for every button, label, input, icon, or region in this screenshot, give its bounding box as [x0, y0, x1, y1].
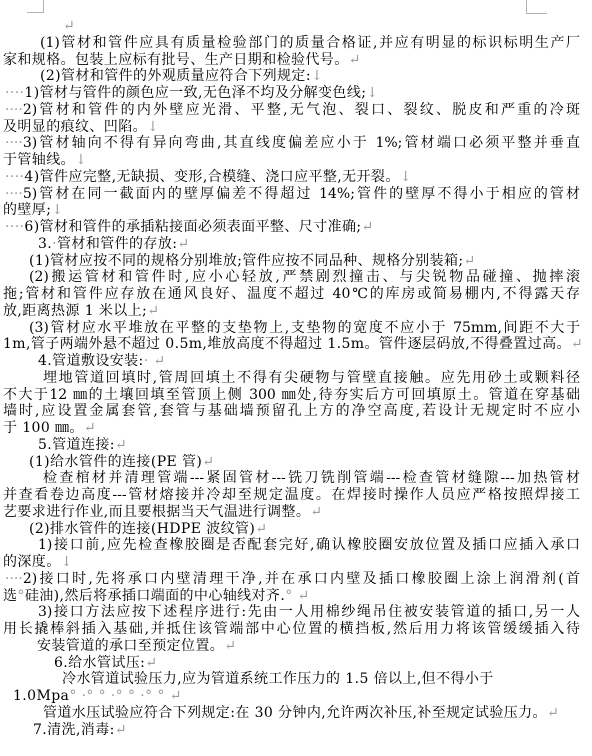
- text-run: 拖;管材和管件应存放在通风良好、温度不超过 40℃的库房或简易棚内,不得露天存: [3, 286, 580, 302]
- text-line[interactable]: ····2)接口时,先将承口内壁清理干净,并在承口内壁及插口橡胶圈上涂上润滑剂(…: [3, 571, 580, 588]
- text-line[interactable]: 5.管道连接:↵: [3, 437, 580, 454]
- text-line[interactable]: 3.·管材和管件的存放:↵: [3, 236, 580, 253]
- text-run: (2)排水管件的连接(HDPE 波纹管): [29, 521, 255, 537]
- text-line[interactable]: 拖;管材和管件应存放在通风良好、温度不超过 40℃的库房或简易棚内,不得露天存: [3, 286, 580, 303]
- text-run: 冷水管道试验压力,应为管道系统工作压力的 1.5 倍以上,但不得小于: [62, 671, 494, 687]
- text-line[interactable]: 1)接口前,应先检查橡胶圈是否配套完好,确认橡胶圈安放位置及插口应插入承口: [3, 537, 580, 554]
- text-run: 埋地管道回填时,管周回填土不得有尖硬物与管壁直接触。应先用砂土或颗料径: [43, 370, 580, 386]
- text-run: 3)接口方法应按下述程序进行:先由一人用棉纱绳吊住被安装管道的插口,另一人: [38, 604, 580, 620]
- formatting-mark: ↓: [311, 68, 323, 84]
- text-run: 艺要求进行作业,而且要根据当天气温进行调整。: [3, 504, 310, 520]
- text-line[interactable]: 不大于12 ㎜的土壤回填至管顶上侧 300 ㎜处,待夯实后方可回填原土。管道在穿…: [3, 387, 580, 404]
- formatting-mark: ↓: [61, 554, 73, 570]
- formatting-mark: ↵: [362, 219, 374, 235]
- formatting-mark: ····: [5, 85, 24, 101]
- formatting-mark: ↵: [202, 454, 214, 470]
- text-line[interactable]: 的壁厚;↓: [3, 202, 580, 219]
- formatting-mark: ↓: [51, 202, 63, 218]
- formatting-mark: ↓: [366, 85, 378, 101]
- text-line[interactable]: 1m,管子两端外悬不超过 0.5m,堆放高度不得超过 1.5m。管件逐层码放,不…: [3, 336, 580, 353]
- text-line[interactable]: 及明显的痕纹、凹陷。↓: [3, 119, 580, 136]
- formatting-mark: ↵: [224, 638, 236, 654]
- text-run: 管道水压试验应符合下列规定:在 30 分钟内,允许两次补压,补至规定试验压力。: [43, 705, 547, 721]
- formatting-mark: ↵: [177, 236, 189, 252]
- text-run: 3)管材轴向不得有异向弯曲,其直线度偏差应小于 1%;管材端口必须平整并垂直: [23, 135, 580, 151]
- formatting-mark: ↵: [84, 420, 96, 436]
- formatting-mark: ↵: [547, 705, 559, 721]
- text-line[interactable]: 安装管道的承口至预定位置。↵: [3, 638, 580, 655]
- formatting-mark: ↵: [571, 336, 583, 352]
- document-body[interactable]: ↵(1)管材和管件应具有质量检验部门的质量合格证,并应有明显的标识标明生产厂家和…: [0, 0, 592, 738]
- text-run: 7.清洗,消毒:: [33, 722, 115, 738]
- formatting-mark: ° ↵: [285, 588, 309, 604]
- formatting-mark: ····: [5, 169, 24, 185]
- text-line[interactable]: ····1)管材与管件的颜色应一致,无色泽不均及分解变色线;↓: [3, 85, 580, 102]
- text-line[interactable]: 4.管道敷设安装:· ↵: [3, 353, 580, 370]
- text-run: 1m,管子两端外悬不超过 0.5m,堆放高度不得超过 1.5m。管件逐层码放,不…: [3, 336, 571, 352]
- text-run: 1.0Mpa: [13, 688, 69, 704]
- text-run: 5)管材在同一截面内的壁厚偏差不得超过 14%;管件的壁厚不得小于相应的管材: [23, 186, 580, 202]
- text-run: 2)接口时,先将承口内壁清理干净,并在承口内壁及插口橡胶圈上涂上润滑剂(首: [23, 571, 580, 587]
- text-run: 并查看卷边高度---管材熔接并冷却至规定温度。在焊接时操作人员应严格按照焊接工: [3, 487, 580, 503]
- text-run: (2)管材和管件的外观质量应符合下列规定:: [40, 68, 311, 84]
- text-line[interactable]: ↵: [3, 18, 580, 35]
- text-line[interactable]: 选°硅油),然后将承插口端面的中心轴线对齐.° ↵: [3, 588, 580, 605]
- text-run: 1)管材与管件的颜色应一致,无色泽不均及分解变色线;: [24, 85, 366, 101]
- text-line[interactable]: 用长撬棒斜插入基础,并抵住该管端部中心位置的横挡板,然后用力将该管缓缓插入待: [3, 621, 580, 638]
- text-run: 3.: [38, 236, 52, 252]
- text-line[interactable]: ····6)管材和管件的承插粘接面必须表面平整、尺寸准确;↵: [3, 219, 580, 236]
- formatting-mark: · ↵: [144, 353, 166, 369]
- formatting-mark: ° ·° ° ·° ° ·° ° ↵: [69, 688, 181, 704]
- text-run: (1)管材和管件应具有质量检验部门的质量合格证,并应有明显的标识标明生产厂: [40, 35, 580, 51]
- formatting-mark: ↵: [145, 655, 157, 671]
- text-line[interactable]: ····2)管材和管件的内外壁应光滑、平整,无气泡、裂口、裂纹、脱皮和严重的冷斑: [3, 102, 580, 119]
- text-run: (1)给水管件的连接(PE 管): [29, 454, 202, 470]
- text-line[interactable]: 管道水压试验应符合下列规定:在 30 分钟内,允许两次补压,补至规定试验压力。↵: [3, 705, 580, 722]
- text-run: 及明显的痕纹、凹陷。: [3, 119, 147, 135]
- formatting-mark: ↓: [400, 169, 412, 185]
- text-run: 的深度。: [3, 554, 61, 570]
- text-line[interactable]: 1.0Mpa° ·° ° ·° ° ·° ° ↵: [3, 688, 580, 705]
- text-line[interactable]: (1)给水管件的连接(PE 管)↵: [3, 454, 580, 471]
- text-run: 的壁厚;: [3, 202, 51, 218]
- document-page: ↵(1)管材和管件应具有质量检验部门的质量合格证,并应有明显的标识标明生产厂家和…: [0, 0, 592, 756]
- text-line[interactable]: 放,距离热源 1 米以上;↵: [3, 303, 580, 320]
- text-run: 4.管道敷设安装:: [38, 353, 144, 369]
- text-line[interactable]: 冷水管道试验压力,应为管道系统工作压力的 1.5 倍以上,但不得小于: [3, 671, 580, 688]
- text-run: 安装管道的承口至预定位置。: [37, 638, 224, 654]
- text-run: 于管轴线。: [3, 152, 75, 168]
- text-line[interactable]: (2)管材和管件的外观质量应符合下列规定:↓: [3, 68, 580, 85]
- formatting-mark: ····: [5, 102, 23, 118]
- text-run: (1)管材应按不同的规格分别堆放;管件应按不同品种、规格分别装箱;: [29, 253, 463, 269]
- formatting-mark: ····: [5, 135, 23, 151]
- text-run: 不大于12 ㎜的土壤回填至管顶上侧 300 ㎜处,待夯实后方可回填原土。管道在穿…: [3, 387, 580, 403]
- text-line[interactable]: 的深度。↓: [3, 554, 580, 571]
- text-run: 4)管件应完整,无缺损、变形,合模缝、浇口应平整,无开裂。: [24, 169, 399, 185]
- text-run: (3)管材应水平堆放在平整的支垫物上,支垫物的宽度不应小于 75mm,间距不大于: [29, 320, 580, 336]
- text-line[interactable]: 6.给水管试压:↵: [3, 655, 580, 672]
- text-line[interactable]: ····3)管材轴向不得有异向弯曲,其直线度偏差应小于 1%;管材端口必须平整并…: [3, 135, 580, 152]
- text-run: 6)管材和管件的承插粘接面必须表面平整、尺寸准确;: [24, 219, 361, 235]
- text-line[interactable]: ····4)管件应完整,无缺损、变形,合模缝、浇口应平整,无开裂。↓: [3, 169, 580, 186]
- text-line[interactable]: (3)管材应水平堆放在平整的支垫物上,支垫物的宽度不应小于 75mm,间距不大于: [3, 320, 580, 337]
- formatting-mark: ↵: [349, 52, 361, 68]
- text-run: 硅油),然后将承插口端面的中心轴线对齐.: [25, 588, 285, 604]
- formatting-mark: ····: [5, 571, 23, 587]
- formatting-mark: ····: [5, 219, 24, 235]
- text-run: 选: [3, 588, 17, 604]
- text-line[interactable]: 墙时,应设置金属套管,套管与基础墙预留孔上方的净空高度,若设计无规定时不应小: [3, 403, 580, 420]
- text-run: 墙时,应设置金属套管,套管与基础墙预留孔上方的净空高度,若设计无规定时不应小: [3, 403, 580, 419]
- text-line[interactable]: ····5)管材在同一截面内的壁厚偏差不得超过 14%;管件的壁厚不得小于相应的…: [3, 186, 580, 203]
- text-run: 管材和管件的存放:: [57, 236, 177, 252]
- text-line[interactable]: 于 100 ㎜。↵: [3, 420, 580, 437]
- text-line[interactable]: (2)搬运管材和管件时,应小心轻放,严禁剧烈撞击、与尖锐物品碰撞、抛摔滚: [3, 269, 580, 286]
- formatting-mark: ↵: [115, 722, 127, 738]
- text-line[interactable]: 埋地管道回填时,管周回填土不得有尖硬物与管壁直接触。应先用砂土或颗料径: [3, 370, 580, 387]
- text-line[interactable]: 并查看卷边高度---管材熔接并冷却至规定温度。在焊接时操作人员应严格按照焊接工: [3, 487, 580, 504]
- text-run: (2)搬运管材和管件时,应小心轻放,严禁剧烈撞击、与尖锐物品碰撞、抛摔滚: [29, 269, 580, 285]
- text-line[interactable]: (1)管材和管件应具有质量检验部门的质量合格证,并应有明显的标识标明生产厂: [3, 35, 580, 52]
- text-run: 放,距离热源 1 米以上;: [3, 303, 147, 319]
- text-line[interactable]: 于管轴线。↓: [3, 152, 580, 169]
- formatting-mark: ↓: [147, 119, 159, 135]
- text-line[interactable]: (2)排水管件的连接(HDPE 波纹管)↵: [3, 521, 580, 538]
- text-run: 家和规格。包装上应标有批号、生产日期和检验代号。: [3, 52, 349, 68]
- formatting-mark: ↵: [63, 18, 75, 34]
- text-line[interactable]: (1)管材应按不同的规格分别堆放;管件应按不同品种、规格分别装箱;↵: [3, 253, 580, 270]
- text-line[interactable]: 7.清洗,消毒:↵: [3, 722, 580, 739]
- text-line[interactable]: 家和规格。包装上应标有批号、生产日期和检验代号。↵: [3, 52, 580, 69]
- text-run: 6.给水管试压:: [54, 655, 145, 671]
- formatting-mark: °: [17, 588, 24, 604]
- formatting-mark: ↵: [115, 437, 127, 453]
- text-line[interactable]: 3)接口方法应按下述程序进行:先由一人用棉纱绳吊住被安装管道的插口,另一人: [3, 604, 580, 621]
- formatting-mark: ↵: [255, 521, 267, 537]
- formatting-mark: ↵: [147, 303, 159, 319]
- formatting-mark: ····: [5, 186, 23, 202]
- text-run: 2)管材和管件的内外壁应光滑、平整,无气泡、裂口、裂纹、脱皮和严重的冷斑: [23, 102, 580, 118]
- formatting-mark: ↵: [463, 253, 475, 269]
- text-run: 检查棺材并清理管端---紧固管材---铣刀铣削管端---检查管材缝隙---加热管…: [43, 470, 580, 486]
- text-run: 于 100 ㎜。: [3, 420, 84, 436]
- text-run: 5.管道连接:: [38, 437, 115, 453]
- formatting-mark: ↵: [310, 504, 322, 520]
- formatting-mark: ↓: [75, 152, 87, 168]
- text-run: 用长撬棒斜插入基础,并抵住该管端部中心位置的横挡板,然后用力将该管缓缓插入待: [3, 621, 580, 637]
- text-run: 1)接口前,应先检查橡胶圈是否配套完好,确认橡胶圈安放位置及插口应插入承口: [38, 537, 580, 553]
- text-line[interactable]: 检查棺材并清理管端---紧固管材---铣刀铣削管端---检查管材缝隙---加热管…: [3, 470, 580, 487]
- text-line[interactable]: 艺要求进行作业,而且要根据当天气温进行调整。↵: [3, 504, 580, 521]
